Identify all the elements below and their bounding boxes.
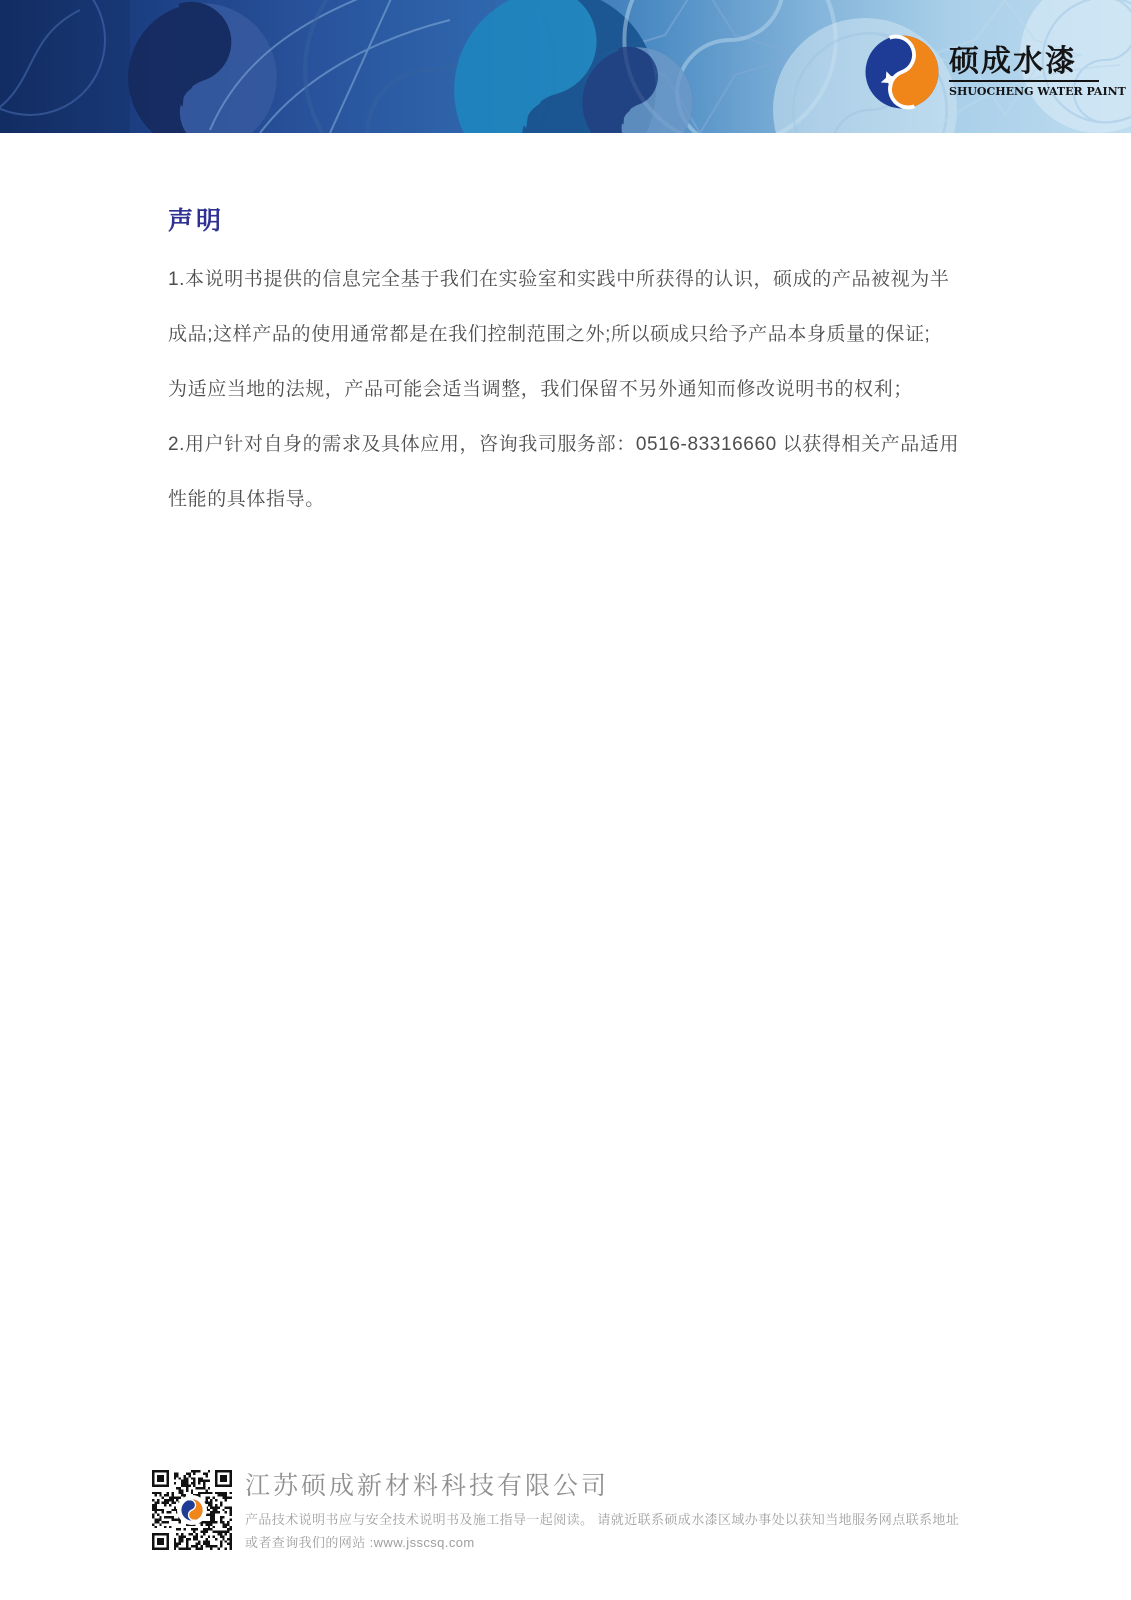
disclaimer-line: 为适应当地的法规，产品可能会适当调整，我们保留不另外通知而修改说明书的权利；	[168, 362, 978, 417]
header-banner: 硕成水漆 SHUOCHENG WATER PAINT	[0, 0, 1131, 133]
logo-mark-icon	[864, 34, 940, 110]
logo-divider	[949, 80, 1099, 82]
footer-note-line2: 或者查询我们的网站 :www.jsscsq.com	[245, 1531, 959, 1554]
footer-notes: 产品技术说明书应与安全技术说明书及施工指导一起阅读。 请就近联系硕成水漆区域办事…	[245, 1508, 959, 1554]
disclaimer-line: 性能的具体指导。	[168, 472, 978, 527]
logo-name-cn: 硕成水漆	[949, 46, 1099, 78]
company-logo: 硕成水漆 SHUOCHENG WATER PAINT	[864, 34, 1099, 110]
page-footer: 江苏硕成新材料科技有限公司 产品技术说明书应与安全技术说明书及施工指导一起阅读。…	[152, 1470, 959, 1554]
disclaimer-line: 2.用户针对自身的需求及具体应用，咨询我司服务部：0516-83316660 以…	[168, 417, 978, 472]
logo-name-en: SHUOCHENG WATER PAINT	[949, 85, 1099, 98]
footer-note-line1: 产品技术说明书应与安全技术说明书及施工指导一起阅读。 请就近联系硕成水漆区域办事…	[245, 1508, 959, 1531]
qr-center-logo-icon	[179, 1497, 205, 1523]
page-title: 声明	[168, 201, 224, 237]
disclaimer-text: 1.本说明书提供的信息完全基于我们在实验室和实践中所获得的认识，硕成的产品被视为…	[168, 252, 978, 527]
company-name: 江苏硕成新材料科技有限公司	[245, 1470, 959, 1502]
logo-text: 硕成水漆 SHUOCHENG WATER PAINT	[949, 46, 1099, 99]
disclaimer-line: 成品;这样产品的使用通常都是在我们控制范围之外;所以硕成只给予产品本身质量的保证…	[168, 307, 978, 362]
disclaimer-line: 1.本说明书提供的信息完全基于我们在实验室和实践中所获得的认识，硕成的产品被视为…	[168, 252, 978, 307]
qr-code	[152, 1470, 232, 1550]
footer-text: 江苏硕成新材料科技有限公司 产品技术说明书应与安全技术说明书及施工指导一起阅读。…	[245, 1470, 959, 1554]
